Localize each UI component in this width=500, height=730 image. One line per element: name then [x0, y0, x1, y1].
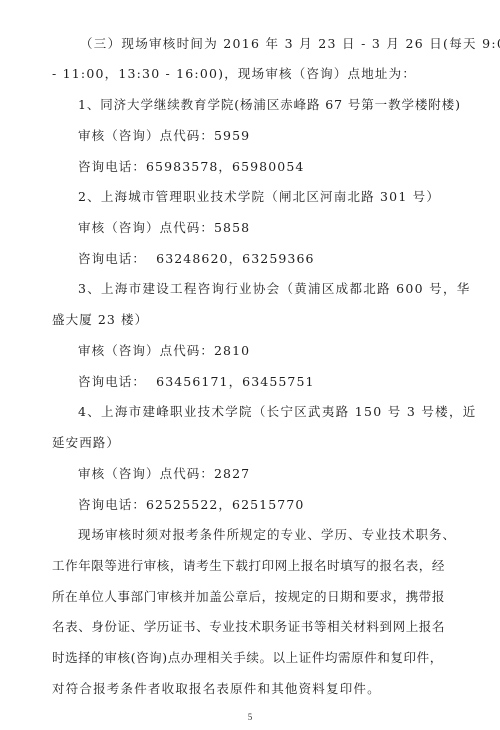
site-3-phone: 咨询电话： 63456171，63455751: [78, 374, 315, 390]
requirements-paragraph-line-1: 现场审核时须对报考条件所规定的专业、学历、专业技术职务、: [78, 527, 456, 543]
site-1-name: 1、同济大学继续教育学院(杨浦区赤峰路 67 号第一教学楼附楼): [78, 97, 461, 113]
review-time-continuation: - 11:00，13:30 - 16:00)，现场审核（咨询）点地址为：: [52, 66, 416, 82]
requirements-paragraph-line-4: 名表、身份证、学历证书、专业技术职务证书等相关材料到网上报名: [52, 619, 445, 635]
site-1-phone: 咨询电话：65983578，65980054: [78, 159, 304, 175]
site-1-code: 审核（咨询）点代码：5959: [78, 128, 250, 144]
site-3-name: 3、上海市建设工程咨询行业协会（黄浦区成都北路 600 号，华: [78, 281, 471, 297]
section-heading-review-time: （三）现场审核时间为 2016 年 3 月 23 日 - 3 月 26 日(每天…: [80, 36, 500, 52]
requirements-paragraph-line-2: 工作年限等进行审核，请考生下载打印网上报名时填写的报名表，经: [52, 558, 445, 574]
requirements-paragraph-line-6: 对符合报考条件者收取报名表原件和其他资料复印件。: [52, 681, 381, 697]
site-4-name-continuation: 延安西路）: [52, 435, 120, 451]
page-number: 5: [0, 712, 500, 722]
site-4-code: 审核（咨询）点代码：2827: [78, 466, 250, 482]
site-3-name-continuation: 盛大厦 23 楼）: [52, 312, 148, 328]
site-4-phone: 咨询电话：62525522，62515770: [78, 497, 304, 513]
site-4-name: 4、上海市建峰职业技术学院（长宁区武夷路 150 号 3 号楼，近: [78, 404, 477, 420]
site-2-code: 审核（咨询）点代码：5858: [78, 220, 250, 236]
document-page: （三）现场审核时间为 2016 年 3 月 23 日 - 3 月 26 日(每天…: [0, 0, 500, 730]
site-2-name: 2、上海城市管理职业技术学院（闸北区河南北路 301 号）: [78, 189, 440, 205]
site-2-phone: 咨询电话： 63248620，63259366: [78, 251, 315, 267]
requirements-paragraph-line-3: 所在单位人事部门审核并加盖公章后，按规定的日期和要求，携带报: [52, 589, 445, 605]
site-3-code: 审核（咨询）点代码：2810: [78, 343, 250, 359]
requirements-paragraph-line-5: 时选择的审核(咨询)点办理相关手续。以上证件均需原件和复印件，: [52, 650, 443, 666]
